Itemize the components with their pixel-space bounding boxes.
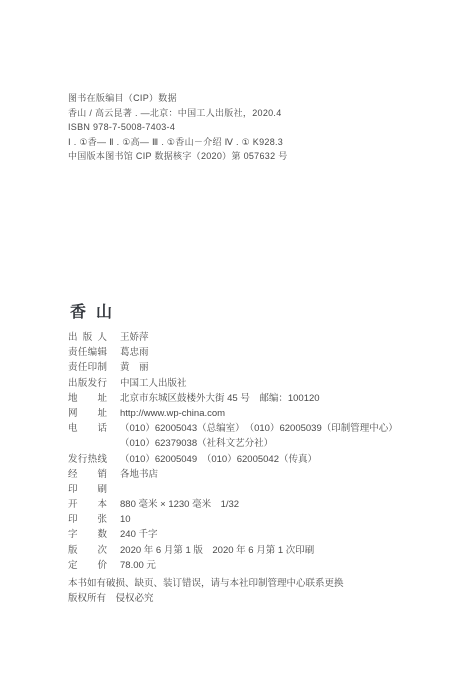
colophon-value: 10: [120, 512, 131, 527]
copyright-page: 图书在版编目（CIP）数据 香山 / 高云昆著 . —北京：中国工人出版社，20…: [0, 0, 462, 676]
colophon-value: http://www.wp-china.com: [120, 406, 225, 421]
colophon-value: （010）62379038（社科文艺分社）: [120, 436, 273, 451]
colophon-label: 地址: [68, 391, 107, 406]
cip-isbn: ISBN 978-7-5008-7403-4: [68, 120, 288, 135]
colophon-value: （010）62005043（总编室） （010）62005039（印制管理中心）: [120, 421, 398, 436]
colophon-row-editor: 责任编辑 葛忠雨: [68, 345, 398, 360]
colophon-label: 网址: [68, 406, 107, 421]
colophon-value: （010）62005049 （010）62005042（传真）: [120, 452, 317, 467]
colophon-label: 开本: [68, 497, 107, 512]
colophon-value: 中国工人出版社: [120, 376, 187, 391]
colophon-row-phone-continued: （010）62379038（社科文艺分社）: [68, 436, 398, 451]
colophon-value: 880 毫米 × 1230 毫米 1/32: [120, 497, 239, 512]
colophon-value: 2020 年 6 月第 1 版 2020 年 6 月第 1 次印刷: [120, 543, 314, 558]
colophon-row-print-supervisor: 责任印制 黄 丽: [68, 360, 398, 375]
colophon-label: 责任编辑: [68, 345, 107, 360]
cip-record-number: 中国版本图书馆 CIP 数据核字（2020）第 057632 号: [68, 149, 288, 164]
colophon-label: 字数: [68, 527, 107, 542]
colophon-label: 版次: [68, 543, 107, 558]
cip-classification: Ⅰ . ①香— Ⅱ . ①高— Ⅲ . ①香山－介绍 Ⅳ . ① K928.3: [68, 135, 288, 150]
colophon-row-price: 定价 78.00 元: [68, 558, 398, 573]
colophon-row-format: 开本 880 毫米 × 1230 毫米 1/32: [68, 497, 398, 512]
colophon-row-sheets: 印张 10: [68, 512, 398, 527]
colophon-label: 定价: [68, 558, 107, 573]
footer-notices: 本书如有破损、缺页、装订错误，请与本社印制管理中心联系更换 版权所有 侵权必究: [68, 576, 344, 607]
colophon-value: 78.00 元: [120, 558, 156, 573]
colophon-row-printing: 印刷: [68, 482, 398, 497]
colophon-label: 出版人: [68, 330, 107, 345]
colophon-row-phone: 电话 （010）62005043（总编室） （010）62005039（印制管理…: [68, 421, 398, 436]
cip-header: 图书在版编目（CIP）数据: [68, 91, 288, 106]
colophon-row-publisher-person: 出版人 王娇萍: [68, 330, 398, 345]
copyright-notice: 版权所有 侵权必究: [68, 591, 344, 606]
defect-notice: 本书如有破损、缺页、装订错误，请与本社印制管理中心联系更换: [68, 576, 344, 591]
book-title: 香山: [70, 299, 122, 322]
colophon-list: 出版人 王娇萍 责任编辑 葛忠雨 责任印制 黄 丽 出版发行 中国工人出版社 地…: [68, 330, 398, 573]
colophon-row-sales-hotline: 发行热线 （010）62005049 （010）62005042（传真）: [68, 452, 398, 467]
colophon-label: 经销: [68, 467, 107, 482]
colophon-value: 黄 丽: [120, 360, 149, 375]
colophon-label: 电话: [68, 421, 107, 436]
colophon-row-distribution: 经销 各地书店: [68, 467, 398, 482]
colophon-row-publisher: 出版发行 中国工人出版社: [68, 376, 398, 391]
colophon-value: 葛忠雨: [120, 345, 149, 360]
cip-title-author: 香山 / 高云昆著 . —北京：中国工人出版社，2020.4: [68, 106, 288, 121]
cip-block: 图书在版编目（CIP）数据 香山 / 高云昆著 . —北京：中国工人出版社，20…: [68, 91, 288, 164]
colophon-row-website: 网址 http://www.wp-china.com: [68, 406, 398, 421]
colophon-value: 王娇萍: [120, 330, 149, 345]
colophon-value: 各地书店: [120, 467, 158, 482]
colophon-label: 印张: [68, 512, 107, 527]
colophon-label: 发行热线: [68, 452, 107, 467]
colophon-label: 印刷: [68, 482, 107, 497]
colophon-value: 北京市东城区鼓楼外大街 45 号 邮编：100120: [120, 391, 320, 406]
colophon-label: [68, 436, 107, 451]
colophon-row-edition: 版次 2020 年 6 月第 1 版 2020 年 6 月第 1 次印刷: [68, 543, 398, 558]
colophon-label: 责任印制: [68, 360, 107, 375]
colophon-value: 240 千字: [120, 527, 158, 542]
colophon-row-address: 地址 北京市东城区鼓楼外大街 45 号 邮编：100120: [68, 391, 398, 406]
colophon-label: 出版发行: [68, 376, 107, 391]
colophon-row-word-count: 字数 240 千字: [68, 527, 398, 542]
